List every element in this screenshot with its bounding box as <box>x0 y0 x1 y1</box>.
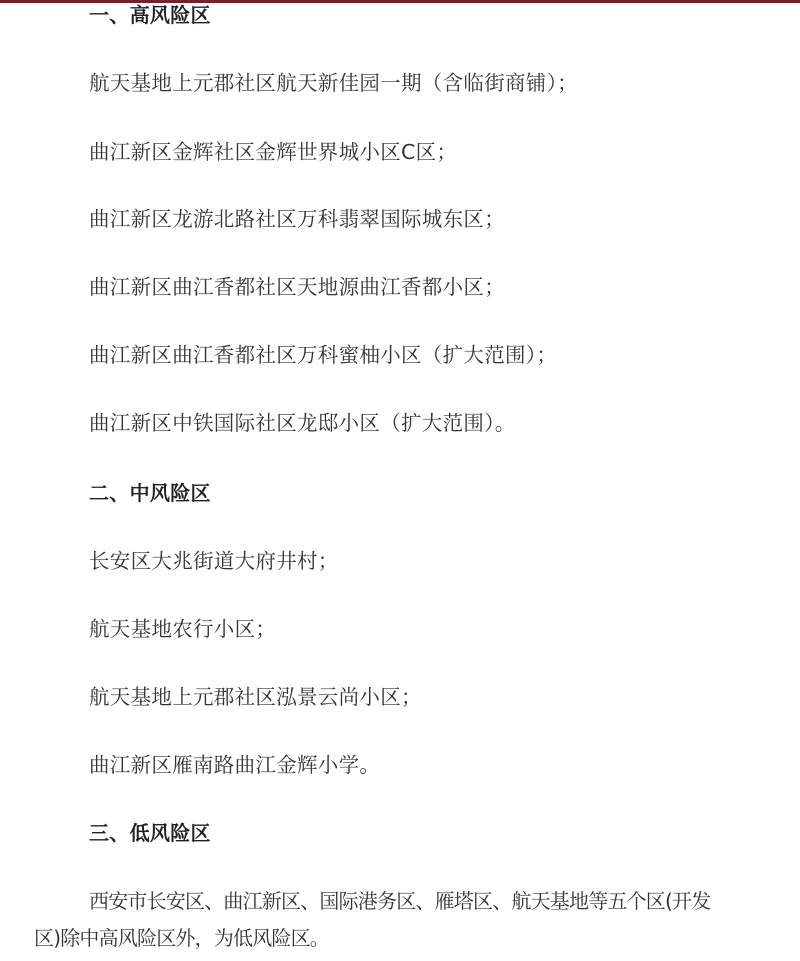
list-item: 航天基地上元郡社区泓景云尚小区； <box>89 683 422 711</box>
list-item: 长安区大兆街道大府井村； <box>89 547 339 575</box>
section-heading-low-risk: 三、低风险区 <box>89 819 211 847</box>
list-item: 曲江新区龙游北路社区万科翡翠国际城东区； <box>89 205 505 233</box>
list-item: 曲江新区中铁国际社区龙邸小区（扩大范围）。 <box>89 409 516 437</box>
list-item: 曲江新区曲江香都社区万科蜜柚小区（扩大范围）； <box>89 341 557 369</box>
low-risk-paragraph-line-1: 西安市长安区、曲江新区、国际港务区、雁塔区、航天基地等五个区(开发 <box>89 886 710 916</box>
list-item: 航天基地上元郡社区航天新佳园一期（含临街商铺）； <box>89 69 578 97</box>
section-heading-high-risk: 一、高风险区 <box>89 1 211 29</box>
list-item: 曲江新区雁南路曲江金辉小学。 <box>89 751 380 779</box>
list-item: 曲江新区曲江香都社区天地源曲江香都小区； <box>89 273 505 301</box>
low-risk-paragraph-line-2: 区)除中高风险区外，为低风险区。 <box>34 923 329 953</box>
list-item: 曲江新区金辉社区金辉世界城小区C区； <box>89 138 457 166</box>
list-item: 航天基地农行小区； <box>89 615 276 643</box>
section-heading-medium-risk: 二、中风险区 <box>89 479 211 507</box>
